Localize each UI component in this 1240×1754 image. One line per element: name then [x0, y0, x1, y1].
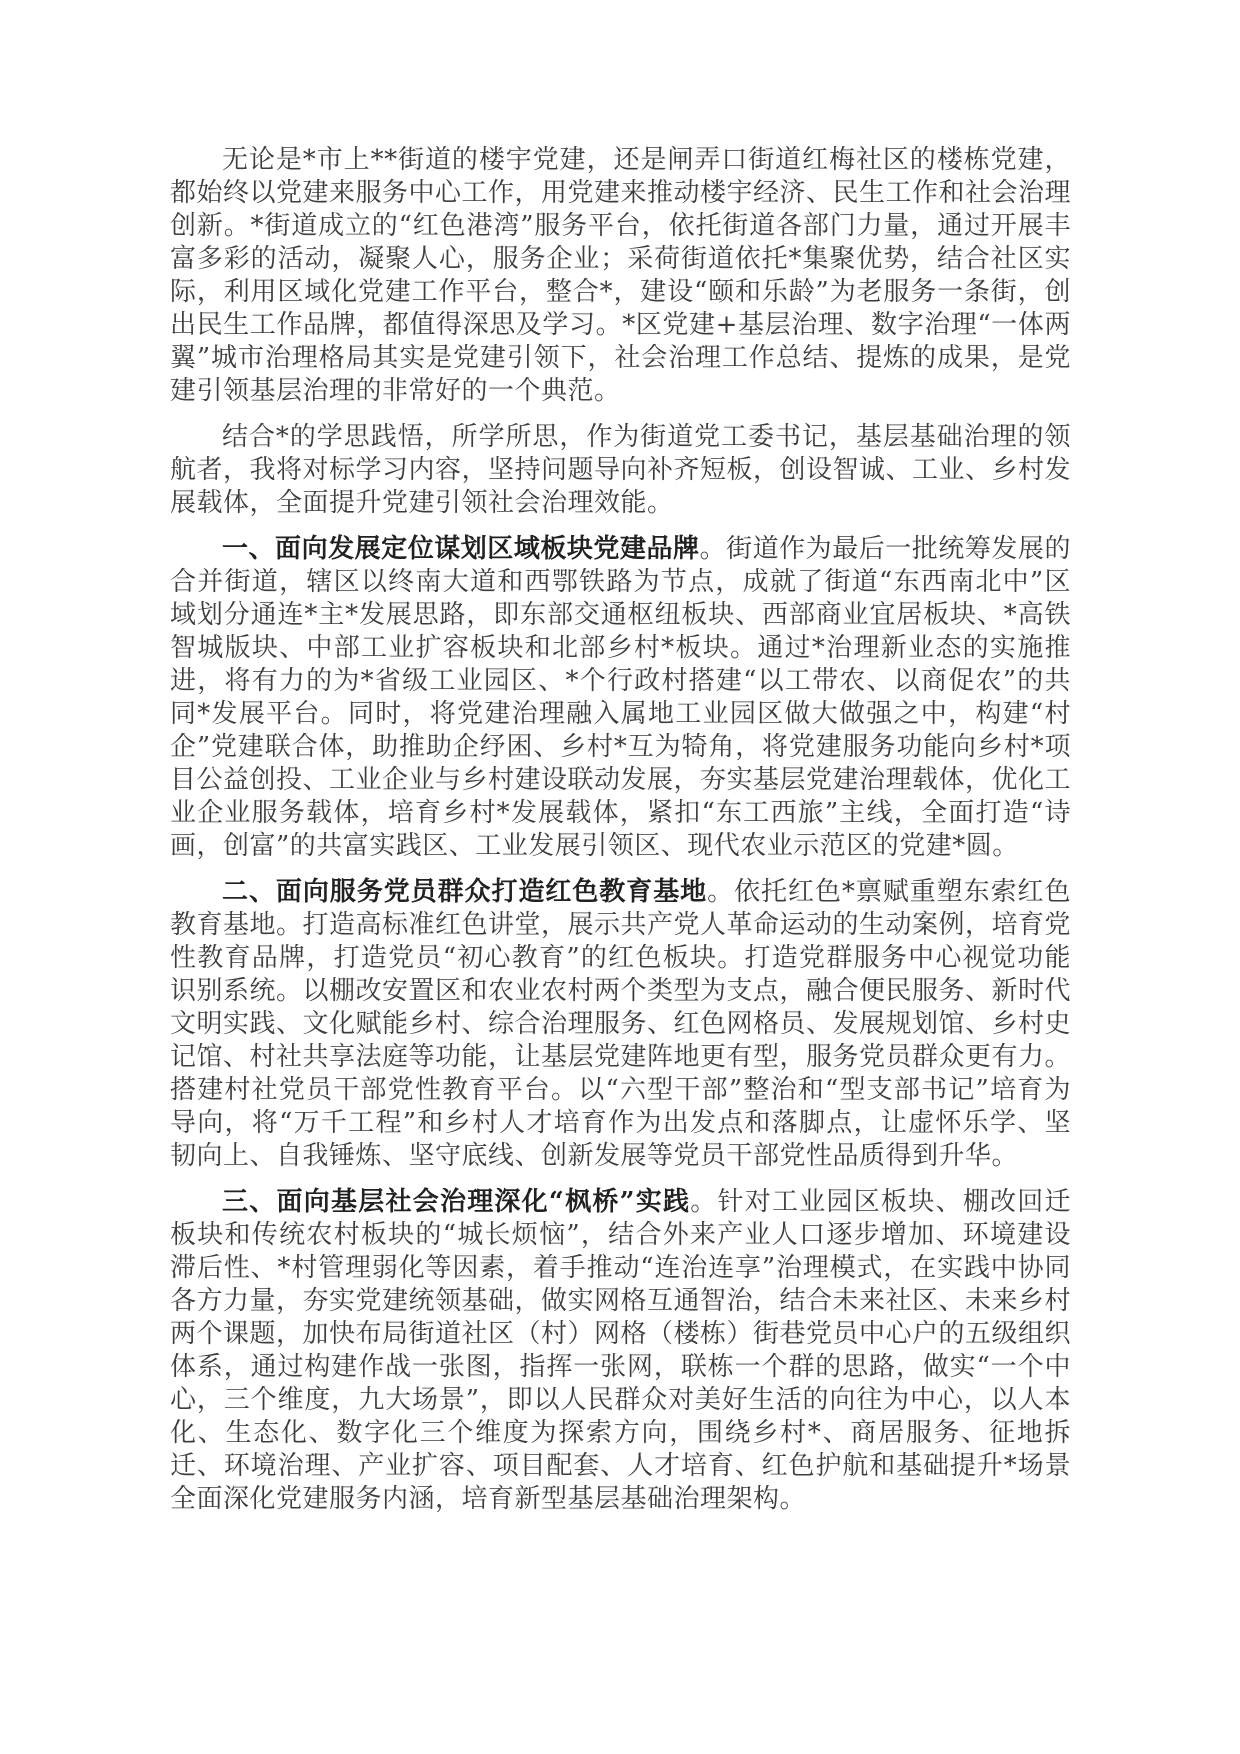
section-heading: 三、面向基层社会治理深化“枫桥”实践: [222, 1187, 690, 1217]
paragraph-text: 针对工业园区板块、棚改回迁板块和传统农村板块的“城长烦恼”，结合外来产业人口逐步…: [170, 1187, 1071, 1514]
paragraph-text: 依托红色*禀赋重塑东索红色教育基地。打造高标准红色讲堂，展示共产党人革命运动的生…: [170, 877, 1071, 1171]
paragraph-text: 结合*的学思践悟，所学所思，作为街道党工委书记，基层基础治理的领航者，我将对标学…: [170, 422, 1071, 518]
section-paragraph: 三、面向基层社会治理深化“枫桥”实践。针对工业园区板块、棚改回迁板块和传统农村板…: [170, 1186, 1071, 1516]
section-heading: 二、面向服务党员群众打造红色教育基地: [222, 877, 707, 907]
document-page: 无论是*市上**街道的楼宇党建，还是闸弄口街道红梅社区的楼栋党建，都始终以党建来…: [0, 0, 1240, 1754]
paragraph-text: 街道作为最后一批统筹发展的合并街道，辖区以终南大道和西鄂铁路为节点，成就了街道“…: [170, 534, 1071, 861]
section-heading-separator: 。: [700, 534, 727, 564]
body-paragraph: 无论是*市上**街道的楼宇党建，还是闸弄口街道红梅社区的楼栋党建，都始终以党建来…: [170, 144, 1071, 408]
section-heading-separator: 。: [707, 877, 734, 907]
section-heading-separator: 。: [690, 1187, 717, 1217]
section-paragraph: 二、面向服务党员群众打造红色教育基地。依托红色*禀赋重塑东索红色教育基地。打造高…: [170, 876, 1071, 1173]
body-paragraph: 结合*的学思践悟，所学所思，作为街道党工委书记，基层基础治理的领航者，我将对标学…: [170, 421, 1071, 520]
section-heading: 一、面向发展定位谋划区域板块党建品牌: [222, 534, 700, 564]
document-body: 无论是*市上**街道的楼宇党建，还是闸弄口街道红梅社区的楼栋党建，都始终以党建来…: [170, 144, 1071, 1529]
section-paragraph: 一、面向发展定位谋划区域板块党建品牌。街道作为最后一批统筹发展的合并街道，辖区以…: [170, 533, 1071, 863]
paragraph-text: 无论是*市上**街道的楼宇党建，还是闸弄口街道红梅社区的楼栋党建，都始终以党建来…: [170, 145, 1071, 406]
